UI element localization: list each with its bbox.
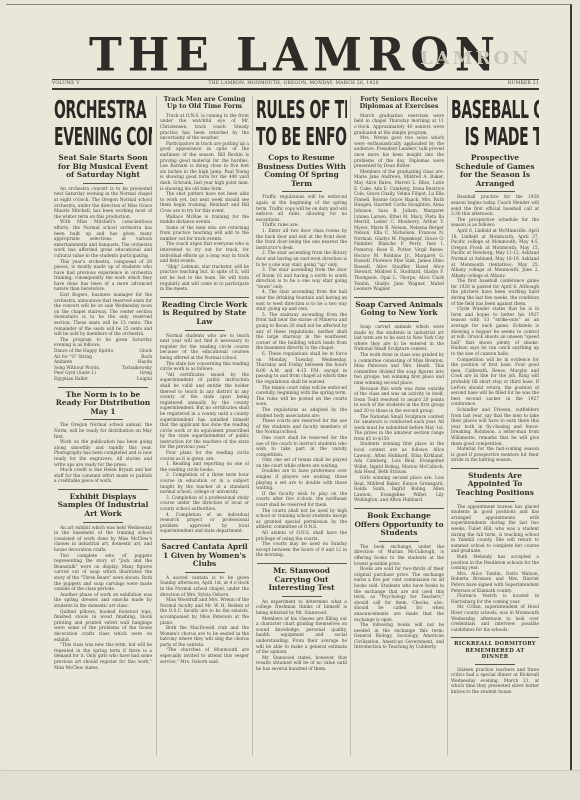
paragraph: Baseball practice for the 1928 season be…: [451, 195, 539, 217]
paragraph: Mrs. Wrenn gave two solos which were ent…: [354, 136, 444, 170]
orchestra-banner: ORCHESTRA PLANS EVENING CONCERT: [54, 96, 115, 150]
paragraph: The Oregon Normal school annual, the Nor…: [54, 423, 152, 440]
orchestra-program: GluckDance of the Happy Spirits,BachAir …: [54, 349, 152, 383]
track-headline: Track Men are Coming Up to Old Time Form: [160, 96, 249, 111]
paragraph: Wallace McRae is training for the middle…: [160, 215, 249, 226]
dateline-text: THE LAMRON, MONMOUTH, OREGON, MONDAY, MA…: [208, 81, 378, 86]
cantata-headline: Sacred Cantata April 1 Given by Women's …: [160, 543, 249, 569]
paragraph: Track at O.N.S. is coming to the front u…: [160, 114, 249, 142]
track-body: Track at O.N.S. is coming to the front u…: [160, 114, 249, 293]
appointed-body: The appointment bureau has placed studen…: [451, 505, 539, 634]
baseball-subhead: Prospective Schedule of Games for the Se…: [451, 154, 539, 188]
paragraph: Material for the fast-coming season is g…: [451, 447, 539, 464]
paragraph: 2. The stair ascending from the library …: [256, 251, 347, 268]
paragraph: If the faculty wish to play on the court…: [256, 492, 347, 509]
paragraph: Soap carved animals which were made by t…: [354, 325, 444, 353]
baseball-banner: BASEBALL CALL IS MADE TODAY: [451, 96, 506, 150]
paragraph: Students winning first place in the loca…: [354, 442, 444, 476]
paragraph: April 6, Linfield at McMinnville. April …: [451, 229, 539, 279]
paragraph: A sacred cantata is to be given Sunday a…: [160, 576, 249, 598]
paragraph: An experiment to determine what a colleg…: [256, 600, 347, 617]
dateline-bar: VOLUME V THE LAMRON, MONMOUTH, OREGON, M…: [52, 81, 539, 86]
paragraph: Sixteen practice teachers and three crit…: [451, 668, 539, 696]
stanwood-headline: Mr. Stanwood Carrying Out Interesting Te…: [256, 567, 347, 593]
appointed-headline: Students Are Appointed To Teaching Posit…: [451, 472, 539, 498]
paragraph: Clyde Wunder states that he is in form a…: [451, 307, 539, 357]
soap-headline: Soap Carved Animals Going to New York: [354, 301, 444, 318]
paragraph: Florence Vestch is located in Harrisburg…: [451, 594, 539, 605]
column-2: Track Men are Coming Up to Old Time Form…: [160, 96, 249, 665]
paragraph: Traffic regulations will be enforced aga…: [256, 195, 347, 223]
paragraph: 4. Completion of an individual research …: [160, 513, 249, 535]
traffic-subhead: Cops to Resume Business Duties With Comi…: [256, 154, 347, 188]
column-divider: [447, 96, 448, 756]
column-1: ORCHESTRA PLANS EVENING CONCERT Seat Sal…: [54, 96, 152, 671]
column-divider: [350, 96, 351, 756]
paragraph: 6. These regulations shall be in force o…: [256, 352, 347, 386]
paragraph: 3. The stair ascending from the door of …: [256, 268, 347, 290]
seniors-body: March graduation exercises were held in …: [354, 114, 444, 293]
traffic-body: Traffic regulations will be enforced aga…: [256, 195, 347, 559]
paragraph: Because this work was done outside of th…: [354, 387, 444, 415]
paragraph: Miss Woodruff and Mrs. Wrenn of the Norm…: [160, 598, 249, 626]
paragraph: These courts are reserved for the use of…: [256, 419, 347, 436]
paragraph: An orchestra concert is to be presented …: [54, 187, 152, 221]
volume-label: VOLUME V: [52, 81, 80, 86]
paragraph: Only one set of tennis shall be played o…: [256, 458, 347, 469]
paragraph: 3. Completion of a professional study co…: [160, 496, 249, 513]
paragraph: Mr. Stanwood states, however, that resul…: [256, 656, 347, 673]
paragraph: The book exchange, under the direction o…: [354, 545, 444, 567]
program-item: LuiginiEgyptian Ballet: [54, 377, 152, 383]
column-divider: [252, 96, 253, 756]
paragraph: This year's orchestra, composed of 20 pi…: [54, 260, 152, 294]
norm-body: The Oregon Normal school annual, the Nor…: [54, 423, 152, 485]
paragraph: Four plans for the reading circle course…: [160, 451, 249, 462]
paragraph: The appointment bureau has placed studen…: [451, 505, 539, 555]
book-headline: Book Exchange Offers Opportunity to Stud…: [354, 512, 444, 538]
column-5: BASEBALL CALL IS MADE TODAY Prospective …: [451, 96, 539, 696]
masthead-rule-top: [52, 79, 539, 80]
book-body: The book exchange, under the direction o…: [354, 545, 444, 651]
column-divider: [156, 96, 157, 756]
paragraph: Schindler and Friesen, outfielders from …: [451, 408, 539, 447]
paragraph: With Miss Mitchell's conscientious effor…: [54, 220, 152, 259]
paragraph: The shot putters have not been able to w…: [160, 192, 249, 214]
paragraph: All alumni of O.N.S. shall have the priv…: [256, 531, 347, 542]
baseball-body: Baseball practice for the 1928 season be…: [451, 195, 539, 464]
paragraph: Much credit is due Helen Bryant and her …: [54, 468, 152, 485]
paragraph: 5. The stairway ascending from the front…: [256, 313, 347, 352]
paragraph: Mrs. Alice Tomlin, Doris Watson, Roberta…: [451, 572, 539, 594]
paragraph: The following books will not be needed i…: [354, 623, 444, 651]
paragraph: Normal students who are to teach next ye…: [160, 334, 249, 362]
paragraph: The coach urges that everyone who is int…: [160, 242, 249, 264]
bleed-through-text: LAMRON: [420, 48, 532, 69]
stanwood-body: An experiment to determine what a colleg…: [256, 600, 347, 673]
paragraph: 4. The stair ascending from the hall nea…: [256, 290, 347, 312]
paragraph: Quilted pillows, hooked footstool tops, …: [54, 610, 152, 644]
page-bottom-margin: [0, 770, 580, 800]
paragraph: 1. Enter all two door class rooms by the…: [256, 229, 347, 251]
column-4: Forty Seniors Receive Diplomas at Exerci…: [354, 96, 444, 651]
masthead-rule-bottom: [52, 88, 539, 90]
exhibit-body: An art exhibit which was held Wednesday …: [54, 526, 152, 671]
paragraph: Doubles are to have preference over sing…: [256, 469, 347, 491]
paragraph: The regulations as adopted by the studen…: [256, 408, 347, 419]
paragraph: Some of the men who are returning from p…: [160, 226, 249, 243]
paragraph: One court shall be reserved for the use …: [256, 436, 347, 458]
paragraph: Earl Rogers, business manager for the or…: [54, 293, 152, 338]
soap-body: Soap carved animals which were made by t…: [354, 325, 444, 504]
dormitory-body: Sixteen practice teachers and three crit…: [451, 668, 539, 696]
paragraph: Both the MacDowell club and the Women's …: [160, 626, 249, 648]
paragraph: The program to be given Saturday evening…: [54, 338, 152, 349]
paragraph: Participators in track are putting up a …: [160, 142, 249, 192]
column-3: RULES OF TRAFFIC TO BE ENFORCED Cops to …: [256, 96, 347, 672]
exhibit-headline: Exhibit Displays Samples Of Industrial A…: [54, 493, 152, 519]
norm-headline: The Norm is to be Ready For Distribution…: [54, 391, 152, 417]
traffic-banner: RULES OF TRAFFIC TO BE ENFORCED: [256, 96, 312, 150]
orchestra-body: An orchestra concert is to be presented …: [54, 187, 152, 349]
cantata-body: A sacred cantata is to be given Sunday a…: [160, 576, 249, 666]
paragraph: "This class was new this term, but will …: [54, 643, 152, 671]
seniors-headline: Forty Seniors Receive Diplomas at Exerci…: [354, 96, 444, 111]
reading-headline: Reading Circle Work is Required by State…: [160, 301, 249, 327]
paragraph: "All certificates issued by the superint…: [160, 373, 249, 451]
paragraph: The work done in class was graded by a c…: [354, 353, 444, 387]
paragraph: March graduation exercises were held in …: [354, 114, 444, 136]
paragraph: The prospective schedule for the season …: [451, 218, 539, 229]
paragraph: The National Small Sculpture contest for…: [354, 415, 444, 443]
paragraph: "Skip" Lehman, star trackster, will be p…: [160, 265, 249, 293]
issue-number: NUMBER 21: [508, 81, 539, 86]
dormitory-headline: RICKREALL DORMITORY REMEMBERED AT DINNER: [451, 641, 539, 660]
paragraph: Work on the publication has been going a…: [54, 440, 152, 468]
paragraph: 1. Reading and reporting on one of the r…: [160, 462, 249, 473]
paragraph: Girls winning second place are: Lois Bea…: [354, 476, 444, 504]
paragraph: The courts may be used on Sunday except …: [256, 542, 347, 559]
paragraph: The first baseball conference game for 1…: [451, 279, 539, 307]
paragraph: Mr. Crifan, superintendent of Hood River…: [451, 605, 539, 633]
paragraph: Another phase of work on exhibition was …: [54, 593, 152, 610]
reading-body: Normal students who are to teach next ye…: [160, 334, 249, 535]
paragraph: The courts shall not be used by high sch…: [256, 509, 347, 531]
paragraph: Members of his classes are filling out a…: [256, 617, 347, 656]
paragraph: The state law concerning this reading ci…: [160, 362, 249, 373]
orchestra-subhead: Seat Sale Starts Soon for Big Musical Ev…: [54, 154, 152, 180]
paragraph: Books are sold for two-thirds of their o…: [354, 567, 444, 623]
paragraph: Two complete sets of puppets representin…: [54, 554, 152, 593]
paragraph: An art exhibit which was held Wednesday …: [54, 526, 152, 554]
paragraph: The tennis court rules will be enforced …: [256, 386, 347, 408]
paragraph: Members of the graduating class are: Mar…: [354, 170, 444, 293]
paragraph: 2. Completion of a three term hour cours…: [160, 473, 249, 495]
paragraph: "The churches of Monmouth are especially…: [160, 648, 249, 665]
paragraph: Competition will be in evidence for the …: [451, 358, 539, 408]
paragraph: Ruth Melendy has accepted a position in …: [451, 555, 539, 572]
